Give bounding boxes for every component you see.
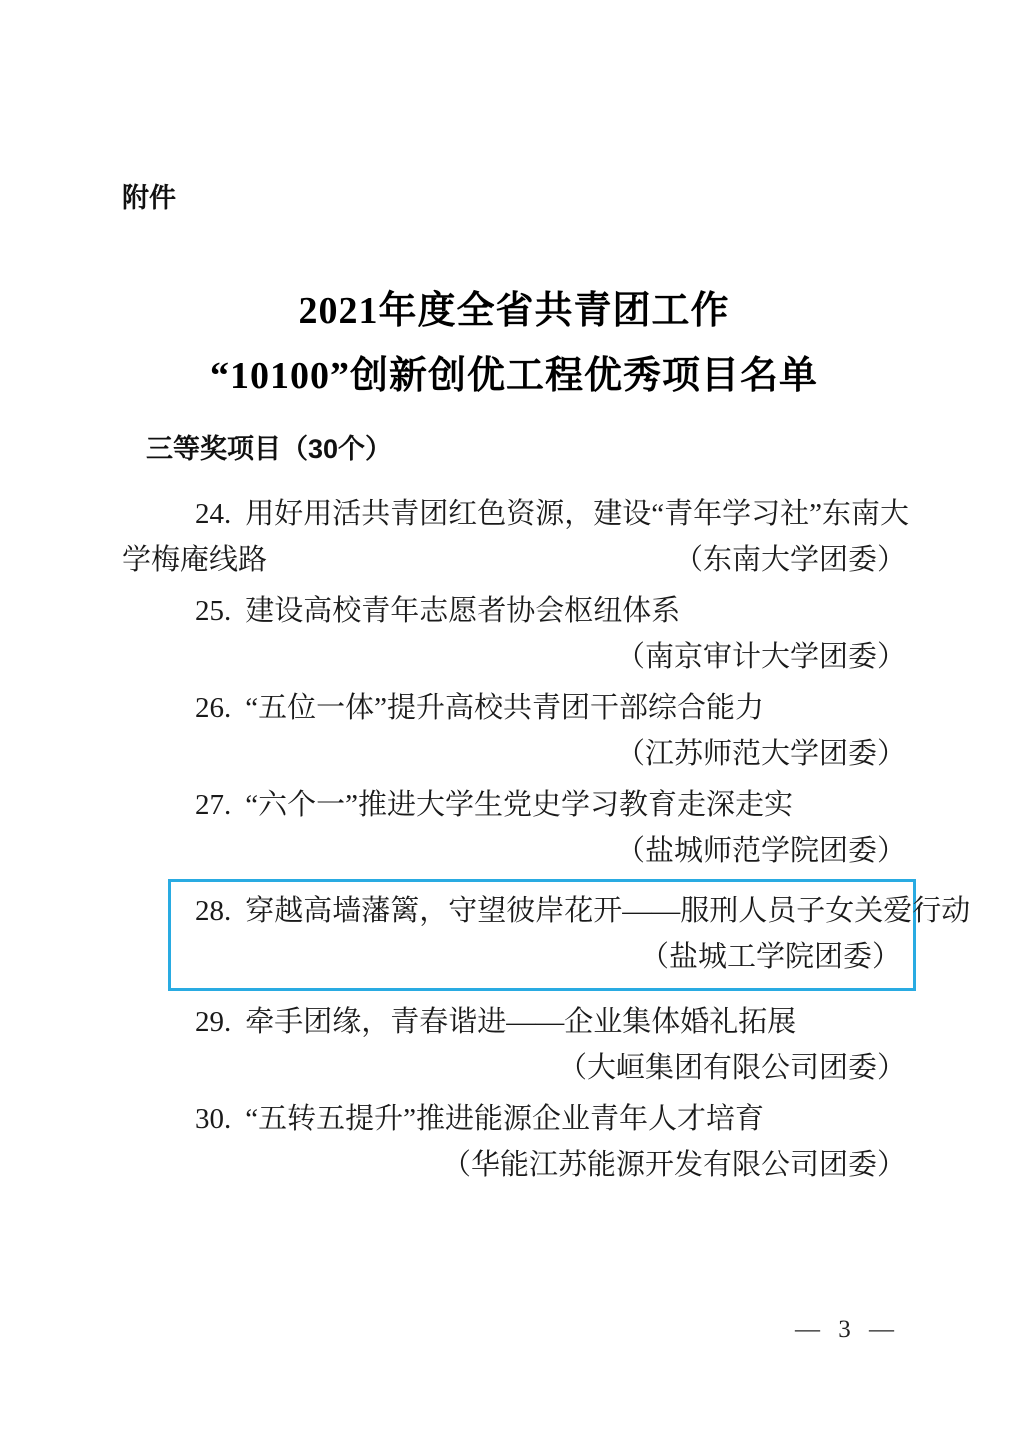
item-number: 25. <box>195 595 231 627</box>
item-title-line: 28.穿越高墙藩篱，守望彼岸花开——服刑人员子女关爱行动 <box>171 888 901 934</box>
item-title: 建设高校青年志愿者协会枢纽体系 <box>245 595 680 627</box>
list-item-25: 25.建设高校青年志愿者协会枢纽体系 （南京审计大学团委） <box>122 588 906 680</box>
item-number: 30. <box>195 1103 231 1135</box>
document-title-line-1: 2021年度全省共青团工作 <box>122 279 906 344</box>
item-title: 用好用活共青团红色资源，建设“青年学习社”东南大 <box>245 498 909 530</box>
item-continuation-line: 学梅庵线路（东南大学团委） <box>122 537 906 583</box>
item-org: （南京审计大学团委） <box>122 634 906 680</box>
item-number: 29. <box>195 1006 231 1038</box>
list-item-30: 30.“五转五提升”推进能源企业青年人才培育 （华能江苏能源开发有限公司团委） <box>122 1096 906 1188</box>
item-title: “五转五提升”推进能源企业青年人才培育 <box>245 1103 764 1135</box>
item-title: 穿越高墙藩篱，守望彼岸花开——服刑人员子女关爱行动 <box>245 895 970 927</box>
item-title: 牵手团缘，青春谐进——企业集体婚礼拓展 <box>245 1006 796 1038</box>
item-org: （大峘集团有限公司团委） <box>122 1045 906 1091</box>
item-org: （盐城工学院团委） <box>171 934 901 980</box>
document-title-line-2: “10100”创新创优工程优秀项目名单 <box>122 344 906 409</box>
item-org: （华能江苏能源开发有限公司团委） <box>122 1142 906 1188</box>
item-number: 24. <box>195 498 231 530</box>
item-title-line: 30.“五转五提升”推进能源企业青年人才培育 <box>122 1096 906 1142</box>
item-title: “六个一”推进大学生党史学习教育走深走实 <box>245 789 793 821</box>
award-list: 24.用好用活共青团红色资源，建设“青年学习社”东南大 学梅庵线路（东南大学团委… <box>122 491 906 1188</box>
item-number: 28. <box>195 895 231 927</box>
list-item-24: 24.用好用活共青团红色资源，建设“青年学习社”东南大 学梅庵线路（东南大学团委… <box>122 491 906 583</box>
highlight-box-item-28: 28.穿越高墙藩篱，守望彼岸花开——服刑人员子女关爱行动 （盐城工学院团委） <box>168 879 916 991</box>
page-number: — 3 — <box>795 1316 900 1344</box>
document-page: 附件 2021年度全省共青团工作 “10100”创新创优工程优秀项目名单 三等奖… <box>0 0 1024 1448</box>
item-title-line: 26.“五位一体”提升高校共青团干部综合能力 <box>122 685 906 731</box>
item-org: （江苏师范大学团委） <box>122 731 906 777</box>
item-title-line: 24.用好用活共青团红色资源，建设“青年学习社”东南大 <box>122 491 906 537</box>
item-title: “五位一体”提升高校共青团干部综合能力 <box>245 692 764 724</box>
item-title-continued: 学梅庵线路 <box>122 537 267 583</box>
list-item-27: 27.“六个一”推进大学生党史学习教育走深走实 （盐城师范学院团委） <box>122 782 906 874</box>
list-item-29: 29.牵手团缘，青春谐进——企业集体婚礼拓展 （大峘集团有限公司团委） <box>122 999 906 1091</box>
item-title-line: 25.建设高校青年志愿者协会枢纽体系 <box>122 588 906 634</box>
item-org: （东南大学团委） <box>674 537 906 583</box>
item-org: （盐城师范学院团委） <box>122 828 906 874</box>
item-number: 27. <box>195 789 231 821</box>
attachment-label: 附件 <box>122 183 906 213</box>
document-title: 2021年度全省共青团工作 “10100”创新创优工程优秀项目名单 <box>122 279 906 409</box>
item-title-line: 29.牵手团缘，青春谐进——企业集体婚礼拓展 <box>122 999 906 1045</box>
item-number: 26. <box>195 692 231 724</box>
item-title-line: 27.“六个一”推进大学生党史学习教育走深走实 <box>122 782 906 828</box>
page-content: 附件 2021年度全省共青团工作 “10100”创新创优工程优秀项目名单 三等奖… <box>0 0 1024 1188</box>
list-item-26: 26.“五位一体”提升高校共青团干部综合能力 （江苏师范大学团委） <box>122 685 906 777</box>
section-heading: 三等奖项目（30个） <box>146 433 906 465</box>
